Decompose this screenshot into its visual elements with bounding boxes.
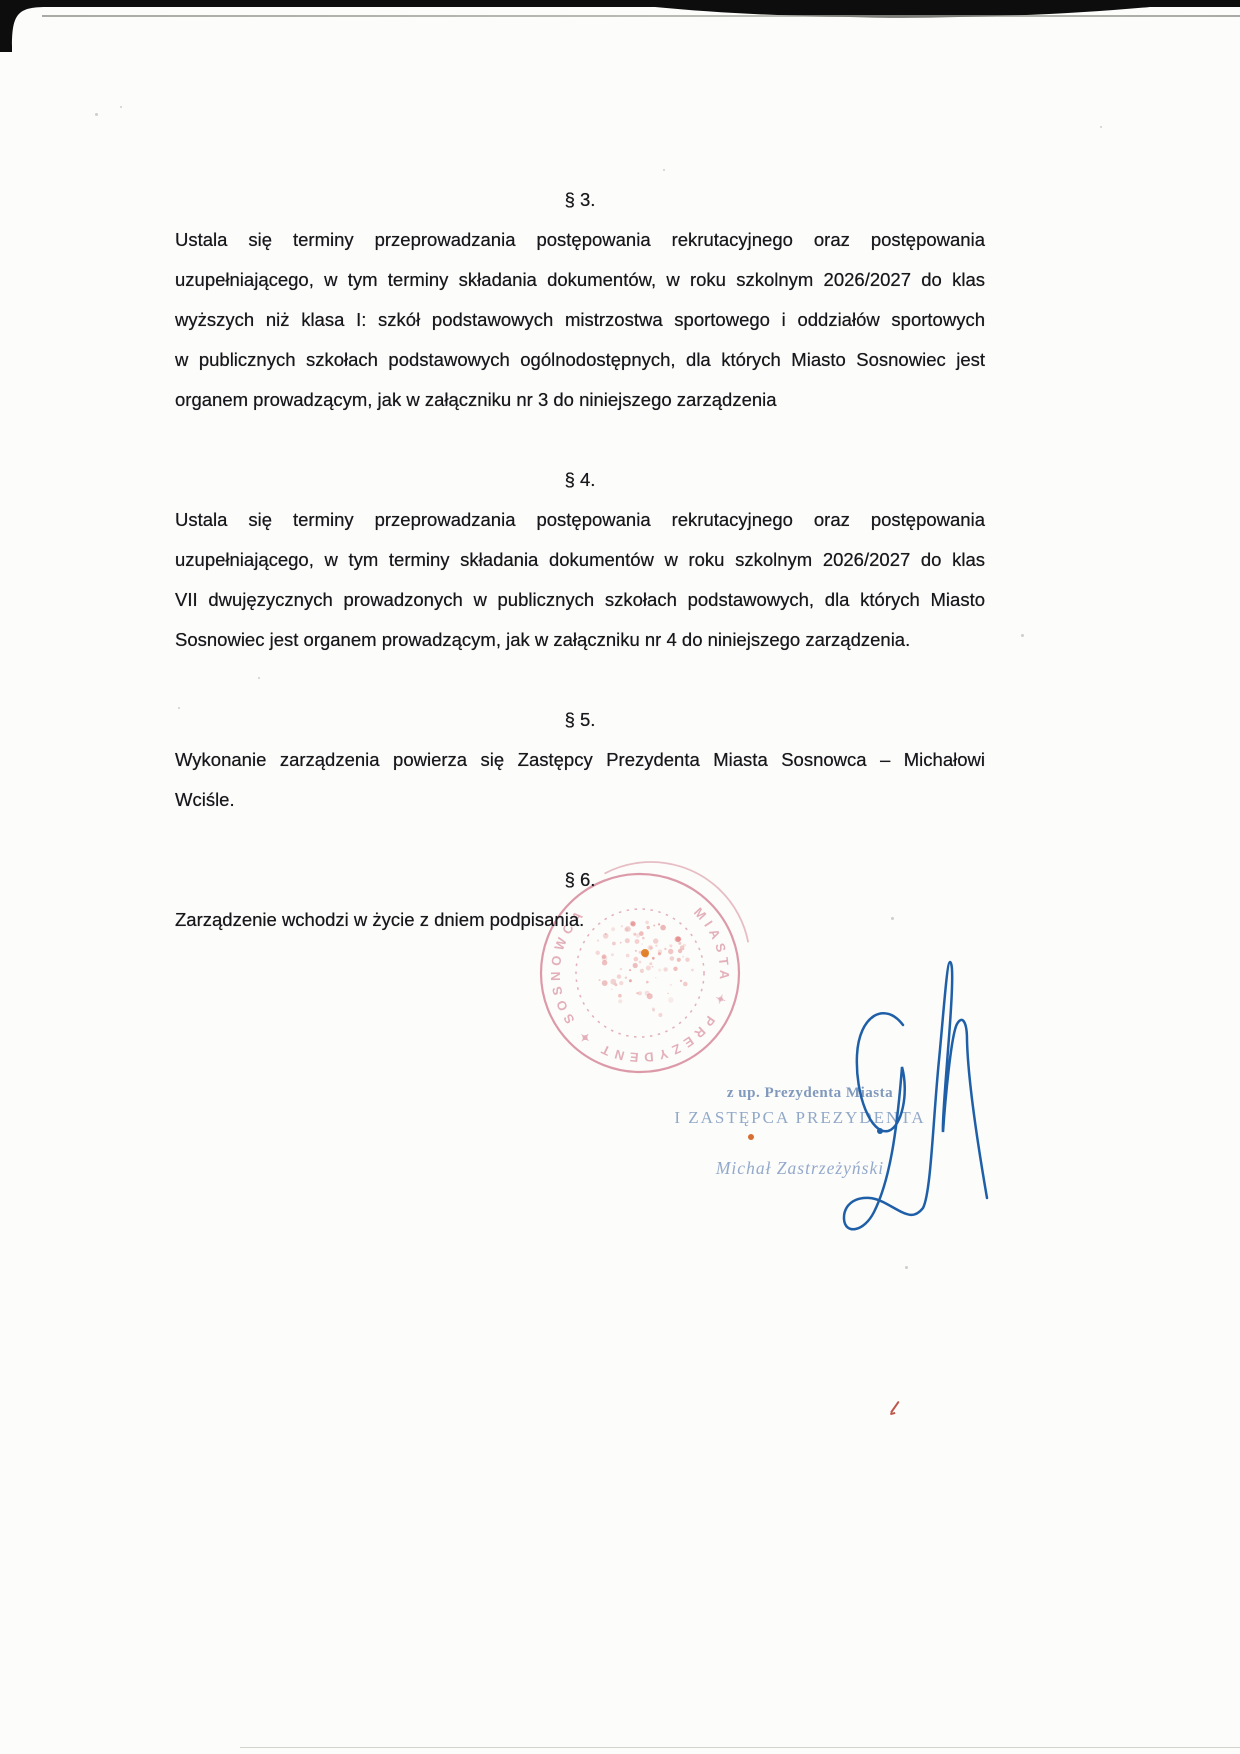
document-section: § 3.Ustala się terminy przeprowadzania p… bbox=[175, 180, 985, 420]
scan-speck bbox=[1021, 634, 1024, 637]
text-line: wyższych niż klasa I: szkół podstawowych… bbox=[175, 300, 985, 340]
scanned-page: MIASTA ✦ PREZYDENT ✦ SOSNOWCA § 3.Ustala… bbox=[0, 0, 1240, 1754]
document-body: § 3.Ustala się terminy przeprowadzania p… bbox=[175, 180, 985, 980]
text-line: organem prowadzącym, jak w załączniku nr… bbox=[175, 380, 985, 420]
section-heading: § 4. bbox=[175, 460, 985, 500]
document-section: § 5.Wykonanie zarządzenia powierza się Z… bbox=[175, 700, 985, 820]
section-heading: § 5. bbox=[175, 700, 985, 740]
document-section: § 6.Zarządzenie wchodzi w życie z dniem … bbox=[175, 860, 985, 940]
text-line: Wciśle. bbox=[175, 780, 985, 820]
handwritten-signature bbox=[830, 935, 1030, 1245]
section-heading: § 3. bbox=[175, 180, 985, 220]
text-line: uzupełniającego, w tym terminy składania… bbox=[175, 540, 985, 580]
scan-speck bbox=[120, 106, 122, 108]
scan-top-edge-artifact bbox=[0, 0, 1240, 60]
scan-bottom-edge-artifact bbox=[240, 1747, 1240, 1748]
section-heading: § 6. bbox=[175, 860, 985, 900]
scan-speck bbox=[95, 113, 98, 116]
text-line: VII dwujęzycznych prowadzonych w publicz… bbox=[175, 580, 985, 620]
orange-ink-dot bbox=[748, 1134, 754, 1140]
text-line: w publicznych szkołach podstawowych ogól… bbox=[175, 340, 985, 380]
scan-line-artifact bbox=[42, 15, 1240, 17]
scan-speck bbox=[663, 169, 665, 171]
text-line: Sosnowiec jest organem prowadzącym, jak … bbox=[175, 620, 985, 660]
text-line: Ustala się terminy przeprowadzania postę… bbox=[175, 220, 985, 260]
ink-blot bbox=[877, 1128, 883, 1134]
text-line: uzupełniającego, w tym terminy składania… bbox=[175, 260, 985, 300]
text-line: Ustala się terminy przeprowadzania postę… bbox=[175, 500, 985, 540]
red-pen-mark bbox=[890, 1401, 900, 1414]
text-line: Wykonanie zarządzenia powierza się Zastę… bbox=[175, 740, 985, 780]
text-line: Zarządzenie wchodzi w życie z dniem podp… bbox=[175, 900, 985, 940]
document-section: § 4.Ustala się terminy przeprowadzania p… bbox=[175, 460, 985, 660]
scan-speck bbox=[1100, 126, 1102, 128]
scan-speck bbox=[905, 1266, 908, 1269]
